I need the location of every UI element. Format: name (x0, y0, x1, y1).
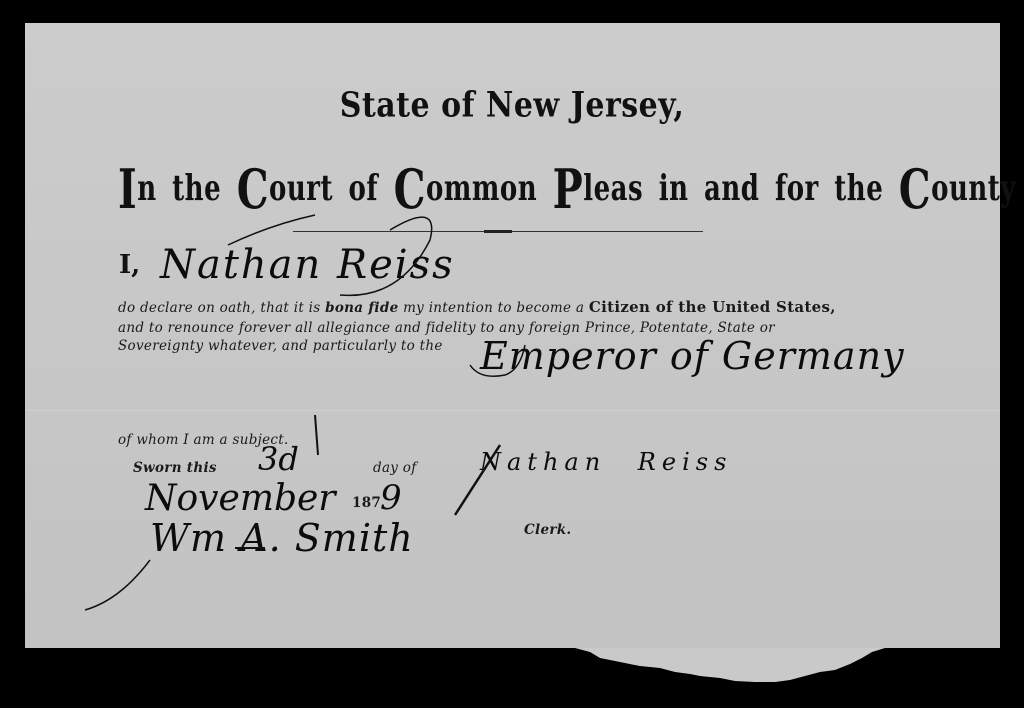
court-word-2: Court of (237, 169, 378, 210)
document-viewer: State of New Jersey, In the Court of Com… (0, 0, 1024, 708)
sworn-month: November (145, 478, 336, 519)
court-word-1: In the (118, 169, 221, 210)
fold-line (25, 410, 1000, 411)
clerk-label: Clerk. (524, 522, 571, 538)
declaration-line-1: do declare on oath, that it is bona fide… (118, 298, 836, 316)
day-of-label: day of (373, 460, 417, 476)
year-prefix: 187 (352, 495, 381, 511)
applicant-signature: Nathan Reiss (480, 448, 732, 476)
year-suffix: 9 (380, 478, 402, 518)
court-word-4: Pleas in and for the (553, 169, 884, 210)
declarant-name: Nathan Reiss (160, 242, 455, 288)
clerk-signature: Wm A. Smith (150, 516, 414, 560)
page-title: State of New Jersey, (0, 85, 1024, 125)
sworn-label: Sworn this (133, 460, 217, 476)
sovereign-name: Emperor of Germany (480, 334, 905, 378)
rule-mark (484, 230, 512, 233)
declarant-prefix: I, (119, 250, 140, 280)
court-word-3: Common (394, 169, 537, 210)
sworn-day: 3d (258, 440, 299, 478)
court-word-5: County of (899, 169, 1024, 210)
declaration-line-3: Sovereignty whatever, and particularly t… (118, 338, 443, 354)
court-heading: In the Court of Common Pleas in and for … (118, 158, 1024, 221)
